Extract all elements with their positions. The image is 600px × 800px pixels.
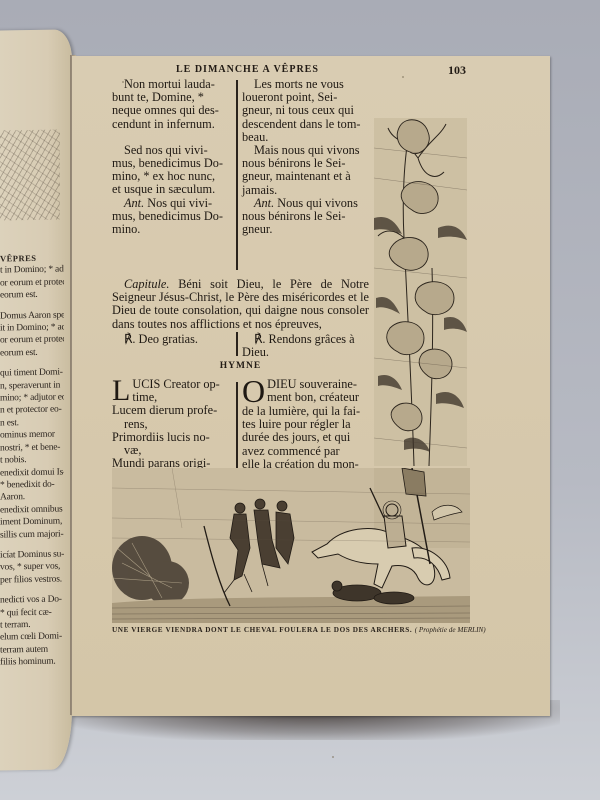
left-page-line: filiis hominum. bbox=[0, 656, 64, 670]
left-page-line: nostri, * et bene- bbox=[0, 441, 64, 455]
response-french-2: Dieu. bbox=[242, 346, 269, 359]
lily-flower-engraving-icon bbox=[374, 118, 467, 466]
left-page-line: t in Domino; * ad- bbox=[0, 264, 64, 278]
drop-cap-o: O bbox=[242, 378, 265, 405]
left-page: VÊPRES t in Domino; * ad-or eorum et pro… bbox=[0, 29, 72, 770]
text-line: Lucem dierum profe- bbox=[112, 404, 234, 417]
capitule-paragraph: Capitule. Béni soit Dieu, le Père de Not… bbox=[112, 278, 369, 361]
left-page-line: eorum est. bbox=[0, 346, 64, 360]
joan-of-arc-battle-engraving-icon bbox=[112, 468, 470, 623]
left-page-line: t terram. bbox=[0, 618, 64, 632]
left-page-line: eorum est. bbox=[0, 289, 64, 303]
psalm-latin-column: Non mortui lauda- bunt te, Domine, * neq… bbox=[112, 78, 234, 236]
left-page-line: or eorum et protec- bbox=[0, 334, 64, 348]
left-page-line: t nobis. bbox=[0, 454, 64, 468]
left-page-line: icíat Dominus su- bbox=[0, 548, 64, 562]
running-head-title: LE DIMANCHE A VÊPRES bbox=[176, 64, 319, 75]
left-page-line: n, speraverunt in bbox=[0, 379, 64, 393]
left-page-line: ominus memor bbox=[0, 429, 64, 443]
left-page-line: it in Domino; * ad- bbox=[0, 321, 64, 335]
text-line: durée des jours, et qui bbox=[242, 431, 372, 444]
left-page-line: mino; * adjutor eo- bbox=[0, 391, 64, 405]
page-number: 103 bbox=[448, 63, 466, 78]
response-latin: ℟. Deo gratias. bbox=[124, 333, 198, 346]
text-line: neque omnes qui des- bbox=[112, 104, 234, 117]
left-page-line: per filios vestros. bbox=[0, 573, 64, 587]
column-divider bbox=[236, 332, 238, 356]
caption-source: ( Prophétie de MERLIN) bbox=[415, 626, 486, 634]
illustration-caption: UNE VIERGE VIENDRA DONT LE CHEVAL FOULER… bbox=[112, 626, 470, 634]
response-french-1: ℟. Rendons grâces à bbox=[254, 333, 355, 346]
left-page-line: enedixit domui Is- bbox=[0, 466, 64, 480]
left-page-line: or eorum et protec- bbox=[0, 276, 64, 290]
psalm-french-column: Les morts ne vous loueront point, Sei- g… bbox=[242, 78, 369, 236]
left-page-line: nedicti vos a Do- bbox=[0, 594, 64, 608]
left-page-line: n et protector eo- bbox=[0, 404, 64, 418]
drop-cap-l: L bbox=[112, 378, 130, 404]
left-page-line: Domus Aaron spe- bbox=[0, 309, 64, 323]
left-page-line: enedixit omnibus bbox=[0, 503, 64, 517]
hymn-heading: HYMNE bbox=[112, 361, 369, 371]
left-page-line: iment Dominum, bbox=[0, 516, 64, 530]
left-page-line: qui timent Domi- bbox=[0, 367, 64, 381]
left-page-line: * qui fecit cæ- bbox=[0, 606, 64, 620]
caption-text: UNE VIERGE VIENDRA DONT LE CHEVAL FOULER… bbox=[112, 626, 412, 634]
left-page-header: VÊPRES bbox=[0, 251, 64, 265]
text-line: mino. bbox=[112, 223, 234, 236]
right-page: LE DIMANCHE A VÊPRES 103 Non mortui laud… bbox=[72, 56, 550, 716]
left-page-line: vos, * super vos, bbox=[0, 561, 64, 575]
text-line: gneur, ni tous ceux qui bbox=[242, 104, 369, 117]
text-line: gneur, maintenant et à bbox=[242, 170, 369, 183]
antiphon-latin: Ant. Nos qui vivi- bbox=[112, 197, 234, 210]
left-page-line: n est. bbox=[0, 416, 64, 430]
left-page-text: VÊPRES t in Domino; * ad-or eorum et pro… bbox=[0, 251, 64, 669]
text-line: cendunt in infernum. bbox=[112, 118, 234, 131]
text-line: gneur. bbox=[242, 223, 369, 236]
text-line: descendent dans le tom- bbox=[242, 118, 369, 131]
capitule-label: Capitule. bbox=[124, 277, 169, 291]
left-page-line: Aaron. bbox=[0, 491, 64, 505]
left-page-engraving-icon bbox=[0, 129, 60, 220]
text-line: avez commencé par bbox=[242, 445, 372, 458]
text-line: rens, bbox=[112, 418, 234, 431]
column-divider bbox=[236, 80, 238, 270]
left-page-line: * benedixit do- bbox=[0, 478, 64, 492]
left-page-line: sillis cum majori- bbox=[0, 528, 64, 542]
left-page-line: elum cœli Domi- bbox=[0, 631, 64, 645]
left-page-line: terram autem bbox=[0, 643, 64, 657]
